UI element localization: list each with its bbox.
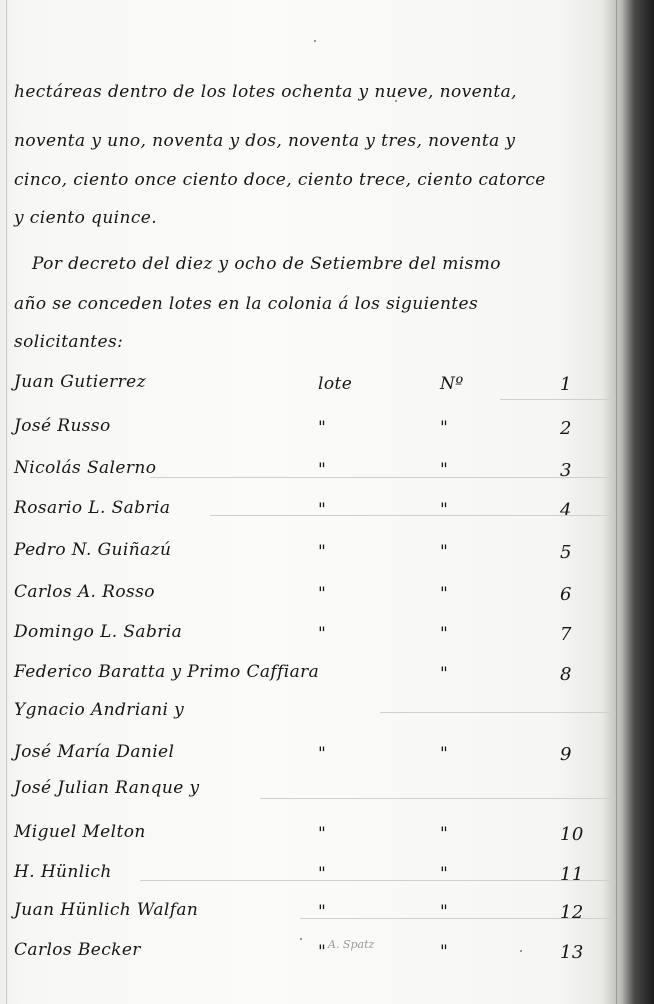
table-row: Juan Hünlich Walfan " " 12 bbox=[0, 900, 616, 934]
applicant-name: Carlos Becker bbox=[14, 940, 141, 960]
scanned-ledger-page: hectáreas dentro de los lotes ochenta y … bbox=[0, 0, 654, 1004]
paragraph-line-5: Por decreto del diez y ocho de Setiembre… bbox=[32, 254, 501, 274]
ditto-mark: " bbox=[440, 584, 448, 604]
scan-speck bbox=[300, 938, 302, 940]
ditto-mark: " bbox=[440, 902, 448, 922]
lot-number: 1 bbox=[560, 374, 600, 395]
scan-speck bbox=[395, 100, 397, 102]
ditto-mark: " bbox=[440, 942, 448, 962]
applicant-name: Juan Gutierrez bbox=[14, 372, 146, 392]
ditto-mark: " bbox=[318, 902, 326, 922]
table-row: Miguel Melton " " 10 bbox=[0, 822, 616, 856]
table-row: Pedro N. Guiñazú " " 5 bbox=[0, 540, 616, 574]
applicant-name: Miguel Melton bbox=[14, 822, 146, 842]
table-row: Ygnacio Andriani y bbox=[0, 700, 616, 734]
applicant-name: Federico Baratta y Primo Caffiara bbox=[14, 662, 319, 682]
ledger-rule bbox=[300, 918, 610, 919]
lot-number: 11 bbox=[560, 864, 600, 885]
ledger-rule bbox=[260, 798, 610, 799]
ditto-mark: " bbox=[440, 624, 448, 644]
ditto-mark: " bbox=[440, 864, 448, 884]
applicant-name: José Russo bbox=[14, 416, 111, 436]
lot-number: 12 bbox=[560, 902, 600, 923]
paragraph-line-1: hectáreas dentro de los lotes ochenta y … bbox=[14, 82, 517, 102]
lot-number: 4 bbox=[560, 500, 600, 521]
ditto-mark: " bbox=[318, 542, 326, 562]
marginal-annotation: A. Spatz bbox=[328, 938, 374, 951]
ditto-mark: " bbox=[318, 624, 326, 644]
table-row: Nicolás Salerno " " 3 bbox=[0, 458, 616, 492]
number-label: Nº bbox=[440, 374, 464, 394]
table-row: José Julian Ranque y bbox=[0, 778, 616, 812]
right-margin-rule bbox=[616, 0, 617, 1004]
ledger-rule bbox=[140, 880, 610, 881]
table-row: Federico Baratta y Primo Caffiara " 8 bbox=[0, 662, 616, 696]
applicant-name: José María Daniel bbox=[14, 742, 174, 762]
table-row: Carlos Becker " " 13 bbox=[0, 940, 616, 974]
applicant-name: Ygnacio Andriani y bbox=[14, 700, 184, 720]
lot-number: 5 bbox=[560, 542, 600, 563]
paragraph-line-4: y ciento quince. bbox=[14, 208, 157, 228]
ditto-mark: " bbox=[440, 664, 448, 684]
ditto-mark: " bbox=[318, 942, 326, 962]
applicant-name: Rosario L. Sabria bbox=[14, 498, 170, 518]
lot-number: 10 bbox=[560, 824, 600, 845]
ditto-mark: " bbox=[440, 744, 448, 764]
lot-number: 13 bbox=[560, 942, 600, 963]
ditto-mark: " bbox=[318, 824, 326, 844]
scan-speck bbox=[520, 950, 522, 952]
paragraph-line-3: cinco, ciento once ciento doce, ciento t… bbox=[14, 170, 546, 190]
ledger-rule bbox=[500, 399, 610, 400]
applicant-name: H. Hünlich bbox=[14, 862, 112, 882]
table-row: Domingo L. Sabria " " 7 bbox=[0, 622, 616, 656]
paragraph-line-7: solicitantes: bbox=[14, 332, 123, 352]
applicant-name: Domingo L. Sabria bbox=[14, 622, 182, 642]
paragraph-line-2: noventa y uno, noventa y dos, noventa y … bbox=[14, 131, 515, 151]
applicant-name: Nicolás Salerno bbox=[14, 458, 156, 478]
table-row: Carlos A. Rosso " " 6 bbox=[0, 582, 616, 616]
ditto-mark: " bbox=[440, 824, 448, 844]
lot-number: 6 bbox=[560, 584, 600, 605]
table-row: Juan Gutierrez lote Nº 1 bbox=[0, 372, 616, 406]
ledger-rule bbox=[150, 477, 610, 478]
scan-speck bbox=[314, 40, 316, 42]
lot-number: 9 bbox=[560, 744, 600, 765]
ditto-mark: " bbox=[440, 418, 448, 438]
table-row: H. Hünlich " " 11 bbox=[0, 862, 616, 896]
ledger-rule bbox=[380, 712, 610, 713]
ditto-mark: " bbox=[318, 500, 326, 520]
ditto-mark: " bbox=[440, 500, 448, 520]
applicant-name: Carlos A. Rosso bbox=[14, 582, 155, 602]
ditto-mark: " bbox=[440, 542, 448, 562]
ditto-mark: " bbox=[318, 744, 326, 764]
ditto-mark: " bbox=[318, 584, 326, 604]
ditto-mark: " bbox=[318, 418, 326, 438]
ledger-rule bbox=[210, 515, 610, 516]
applicant-name: Pedro N. Guiñazú bbox=[14, 540, 171, 560]
paragraph-line-6: año se conceden lotes en la colonia á lo… bbox=[14, 294, 478, 314]
lot-number: 2 bbox=[560, 418, 600, 439]
applicant-name: Juan Hünlich Walfan bbox=[14, 900, 198, 920]
lot-number: 8 bbox=[560, 664, 600, 685]
lot-number: 7 bbox=[560, 624, 600, 645]
lote-label: lote bbox=[318, 374, 352, 394]
table-row: José María Daniel " " 9 bbox=[0, 742, 616, 776]
table-row: José Russo " " 2 bbox=[0, 416, 616, 450]
applicant-name: José Julian Ranque y bbox=[14, 778, 200, 798]
ditto-mark: " bbox=[318, 864, 326, 884]
